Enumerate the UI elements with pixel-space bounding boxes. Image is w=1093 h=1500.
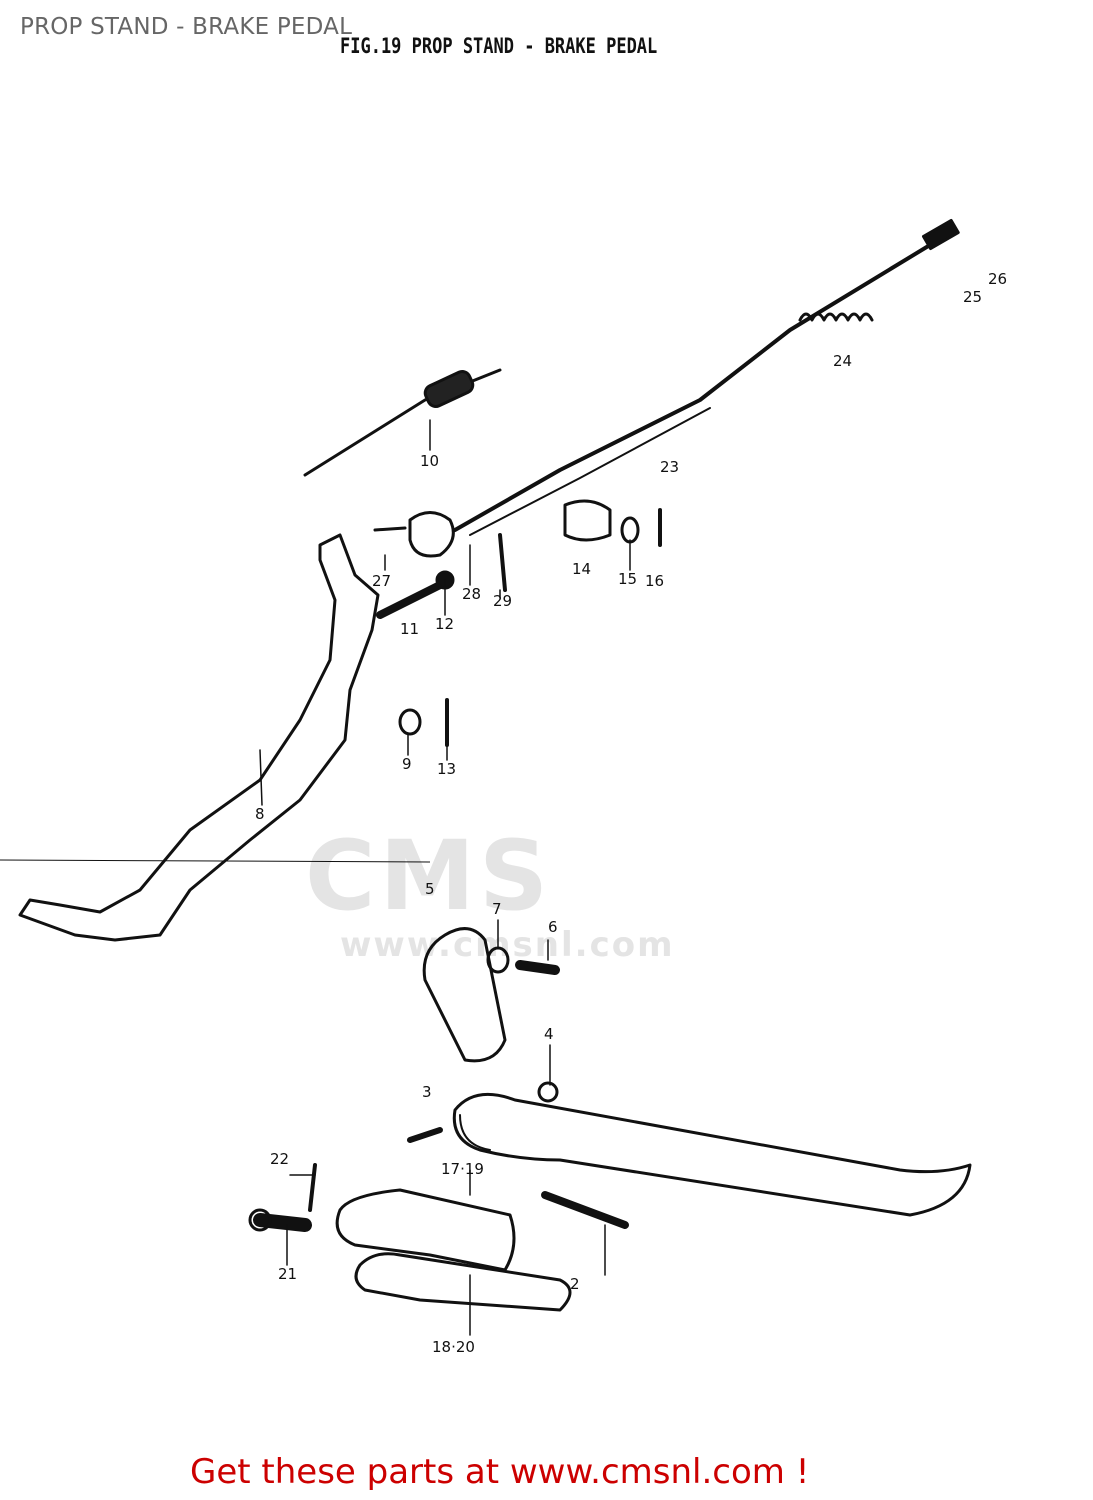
callout-16: 16 [645,572,664,590]
callout-3: 3 [422,1083,432,1101]
prop-stand [454,1094,970,1215]
callout-8: 8 [255,805,265,823]
callout-28: 28 [462,585,481,603]
callout-6: 6 [548,918,558,936]
parts-diagram: CMS www.cmsnl.com [0,0,1093,1500]
callout-26: 26 [988,270,1007,288]
callout-7: 7 [492,900,502,918]
callout-11: 11 [400,620,419,638]
callout-25: 25 [963,288,982,306]
callout-12: 12 [435,615,454,633]
cable-spring [800,314,872,320]
callout-5: 5 [425,880,435,898]
callout-4: 4 [544,1025,554,1043]
callout-15: 15 [618,570,637,588]
callout-13: 13 [437,760,456,778]
figure-caption: FIG.19 PROP STAND - BRAKE PEDAL [340,34,657,59]
callout-22: 22 [270,1150,289,1168]
page-title: PROP STAND - BRAKE PEDAL [20,14,352,40]
callout-2: 2 [570,1275,580,1293]
brake-cable [455,245,930,530]
callout-17-19: 17·19 [441,1160,484,1178]
brake-pedal-arm [20,535,378,940]
callout-10: 10 [420,452,439,470]
callout-21: 21 [278,1265,297,1283]
callout-29: 29 [493,592,512,610]
callout-24: 24 [833,352,852,370]
callout-23: 23 [660,458,679,476]
callout-18-20: 18·20 [432,1338,475,1356]
callout-9: 9 [402,755,412,773]
exploded-view-drawing [0,0,1093,1500]
cmsnl-link[interactable]: Get these parts at www.cmsnl.com ! [190,1452,809,1492]
callout-27: 27 [372,572,391,590]
callout-14: 14 [572,560,591,578]
